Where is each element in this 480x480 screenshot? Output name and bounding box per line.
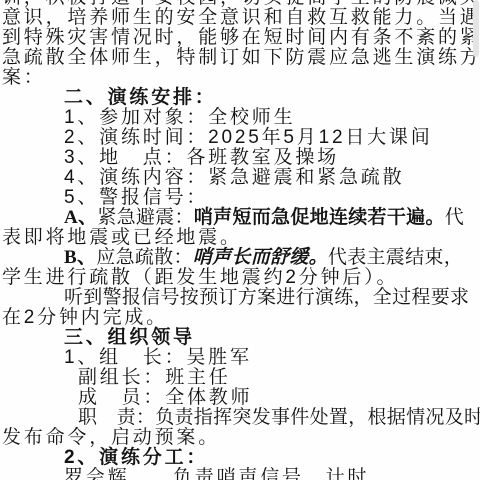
text-segment: 副组长：班主任 (78, 367, 231, 388)
text-segment: 成 员：全体教师 (78, 387, 252, 408)
text-segment: 代 (445, 207, 464, 228)
text-segment: 学生进行疏散（距发生地震约2分钟后）。 (2, 267, 398, 288)
text-segment: 发布命令，启动预案。 (2, 427, 220, 448)
scrollbar-thumb[interactable] (473, 0, 479, 57)
text-segment: 罗会辉 负责哨声信号，计时 (64, 467, 369, 480)
text-segment: 案： (2, 67, 46, 88)
emphasized-text: 哨声长而舒缓。 (193, 247, 328, 268)
text-line: A、紧急避震：哨声短而急促地连续若干遍。代 (64, 208, 464, 228)
text-line: 学生进行疏散（距发生地震约2分钟后）。 (2, 268, 398, 288)
text-line: 5、警报信号： (64, 188, 208, 208)
text-segment: 1、参加对象：全校师生 (64, 107, 295, 128)
text-line: 到特殊灾害情况时，能够在短时间内有条不紊的紧 (2, 28, 480, 48)
text-segment: 紧急避震： (97, 207, 194, 228)
text-segment: A、 (64, 207, 97, 228)
text-line: 意识，培养师生的安全意识和自救互救能力。当遇 (2, 8, 480, 28)
text-line: 案： (2, 68, 46, 88)
text-line: 罗会辉 负责哨声信号，计时 (64, 468, 369, 480)
text-segment: 代表主震结束， (328, 247, 463, 268)
text-segment: 到特殊灾害情况时，能够在短时间内有条不紊的紧 (2, 27, 480, 48)
text-segment: 应急疏散： (96, 247, 193, 268)
text-segment: 1、组 长：吴胜军 (64, 347, 252, 368)
text-line: 职 责：负责指挥突发事件处置，根据情况及时 (78, 408, 480, 428)
emphasized-text: 三、组织领导 (64, 327, 195, 348)
text-segment: B、 (64, 247, 96, 268)
text-line: 二、演练安排： (64, 88, 217, 108)
text-line: 急疏散全体师生，特制订如下防震应急逃生演练方 (2, 48, 480, 68)
text-line: 三、组织领导 (64, 328, 195, 348)
text-segment: 4、演练内容：紧急避震和紧急疏散 (64, 167, 404, 188)
text-line: 2、演练分工： (64, 448, 208, 468)
text-segment: 2、演练时间：2025年5月12日大课间 (64, 127, 433, 148)
text-segment: 表即将地震或已经地震。 (2, 227, 242, 248)
text-segment: 职 责：负责指挥突发事件处置，根据情况及时 (78, 407, 480, 428)
text-segment: 急疏散全体师生，特制订如下防震应急逃生演练方 (2, 47, 480, 68)
text-line: 1、参加对象：全校师生 (64, 108, 295, 128)
text-line: 1、组 长：吴胜军 (64, 348, 252, 368)
text-line: 2、演练时间：2025年5月12日大课间 (64, 128, 433, 148)
text-segment: 5、警报信号： (64, 187, 208, 208)
document-page: 训，积极打造平安校园，切实提高学生的防震减灾意识，培养师生的安全意识和自救互救能… (0, 0, 480, 480)
text-line: 4、演练内容：紧急避震和紧急疏散 (64, 168, 404, 188)
text-segment: 3、地 点：各班教室及操场 (64, 147, 339, 168)
text-line: B、应急疏散：哨声长而舒缓。代表主震结束， (64, 248, 463, 268)
emphasized-text: 哨声短而急促地连续若干遍。 (194, 207, 445, 228)
text-line: 在2分钟内完成。 (2, 308, 168, 328)
text-segment: 在2分钟内完成。 (2, 307, 168, 328)
text-line: 表即将地震或已经地震。 (2, 228, 242, 248)
text-line: 3、地 点：各班教室及操场 (64, 148, 339, 168)
text-segment: 意识，培养师生的安全意识和自救互救能力。当遇 (2, 7, 480, 28)
text-line: 听到警报信号按预订方案进行演练，全过程要求 (64, 288, 469, 308)
emphasized-text: 二、演练安排： (64, 87, 217, 108)
text-line: 发布命令，启动预案。 (2, 428, 220, 448)
text-line: 副组长：班主任 (78, 368, 231, 388)
emphasized-text: 2、演练分工： (64, 447, 208, 468)
text-line: 成 员：全体教师 (78, 388, 252, 408)
text-segment: 听到警报信号按预订方案进行演练，全过程要求 (64, 287, 469, 308)
